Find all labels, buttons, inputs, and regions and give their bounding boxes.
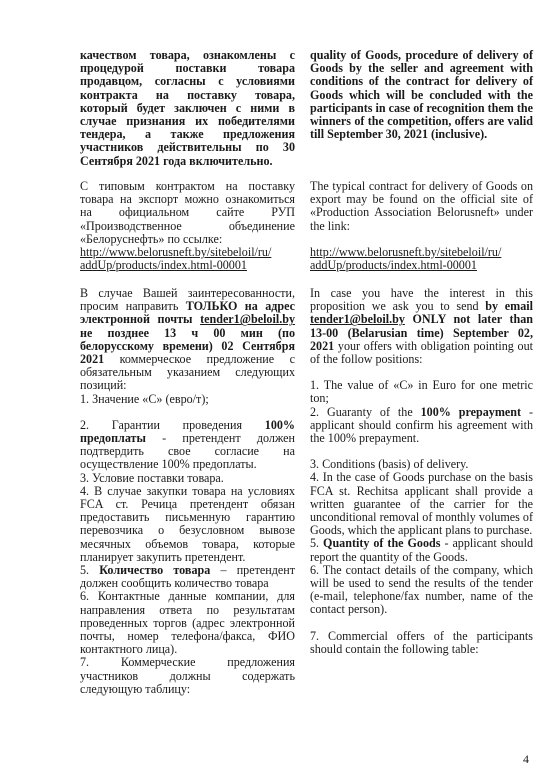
en-item-7: 7. Commercial offers of the participants… [310, 630, 533, 656]
en-item-5: 5. Quantity of the Goods - applicant sho… [310, 537, 533, 563]
ru-item-2: 2. Гарантии проведения 100% предоплаты -… [80, 419, 295, 472]
document-page: качеством товара, ознакомлены с процедур… [0, 0, 545, 775]
en-email-link[interactable]: tender1@beloil.by [310, 312, 405, 326]
en-item-5-bold: Quantity of the Goods [323, 536, 440, 550]
en-column: quality of Goods, procedure of delivery … [310, 49, 533, 141]
en-item-6: 6. The contact details of the company, w… [310, 564, 533, 617]
ru-item-1: 1. Значение «С» (евро/т); [80, 393, 295, 406]
en-item-2-text: 2. Guaranty of the [310, 405, 421, 419]
en-request-tail: your offers with obligation pointing out… [310, 339, 533, 366]
ru-item-3: 3. Условие поставки товара. [80, 472, 295, 485]
ru-item-5: 5. Количество товара – претендент должен… [80, 564, 295, 590]
en-item-1: 1. The value of «C» in Euro for one metr… [310, 379, 533, 405]
en-contract-paragraph: The typical contract for delivery of Goo… [310, 180, 533, 272]
en-request-block: In case you have the interest in this pr… [310, 287, 533, 656]
ru-contract-paragraph: С типовым контрактом на поставку товара … [80, 180, 295, 272]
ru-item-5-bold: Количество товара [99, 563, 210, 577]
ru-request-tail: коммерческое предложение с обязательным … [80, 352, 295, 392]
ru-contract-link-2[interactable]: addUp/products/index.html-00001 [80, 259, 295, 272]
en-contract-link-2[interactable]: addUp/products/index.html-00001 [310, 259, 533, 272]
ru-item-5-num: 5. [80, 563, 99, 577]
ru-email-link[interactable]: tender1@beloil.by [200, 312, 295, 326]
ru-item-6: 6. Контактные данные компании, для напра… [80, 590, 295, 656]
en-request-bold: by email [485, 299, 533, 313]
page-number: 4 [523, 752, 529, 767]
en-item-4: 4. In the case of Goods purchase on the … [310, 471, 533, 537]
ru-column: качеством товара, ознакомлены с процедур… [80, 49, 295, 168]
ru-request-block: В случае Вашей заинтересованности, проси… [80, 287, 295, 696]
en-item-2: 2. Guaranty of the 100% prepayment - app… [310, 406, 533, 446]
ru-item-2-text: 2. Гарантии проведения [80, 418, 265, 432]
ru-terms-paragraph: качеством товара, ознакомлены с процедур… [80, 49, 295, 168]
ru-item-4: 4. В случае закупки товара на условиях F… [80, 485, 295, 564]
en-request-paragraph: In case you have the interest in this pr… [310, 287, 533, 366]
en-item-5-num: 5. [310, 536, 323, 550]
ru-request-paragraph: В случае Вашей заинтересованности, проси… [80, 287, 295, 393]
en-terms-paragraph: quality of Goods, procedure of delivery … [310, 49, 533, 141]
ru-item-7: 7. Коммерческие предложения участников д… [80, 656, 295, 696]
en-item-2-bold: 100% prepayment [421, 405, 521, 419]
en-contract-text: The typical contract for delivery of Goo… [310, 180, 533, 233]
ru-contract-text: С типовым контрактом на поставку товара … [80, 180, 295, 246]
